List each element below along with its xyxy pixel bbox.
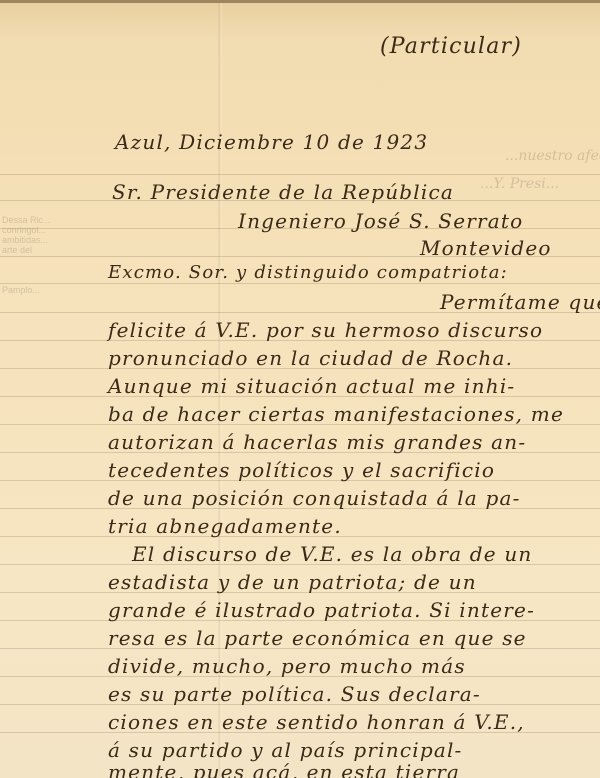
body-line: de una posición conquistada á la pa-	[108, 486, 521, 510]
body-line: tecedentes políticos y el sacrificio	[108, 458, 495, 482]
bleed-through-typed: arte del	[2, 245, 32, 256]
body-line: Aunque mi situación actual me inhi-	[108, 374, 515, 398]
ruled-line	[0, 283, 600, 284]
bleed-through-script: ...nuestro afectuoso	[505, 148, 600, 164]
body-line: á su partido y al país principal-	[108, 738, 463, 762]
paper-top-edge	[0, 0, 600, 3]
body-line: es su parte política. Sus declara-	[108, 682, 481, 706]
ruled-line	[0, 174, 600, 175]
letter-page: ...nuestro afectuoso ...Y. Presi... Dess…	[0, 0, 600, 778]
salutation: Excmo. Sor. y distinguido compatriota:	[108, 262, 508, 283]
body-line: grande é ilustrado patriota. Si intere-	[108, 598, 535, 622]
body-line: tria abnegadamente.	[108, 514, 342, 538]
bleed-through-script: ...Y. Presi...	[480, 176, 559, 192]
body-line: ba de hacer ciertas manifestaciones, me	[108, 402, 564, 426]
recipient-line-3: Montevideo	[420, 236, 552, 260]
body-line: Permítame que	[440, 290, 600, 314]
header-mark: (Particular)	[380, 34, 522, 59]
recipient-line-1: Sr. Presidente de la República	[112, 180, 454, 204]
body-line: pronunciado en la ciudad de Rocha.	[108, 346, 513, 370]
body-line: estadista y de un patriota; de un	[108, 570, 477, 594]
body-line: autorizan á hacerlas mis grandes an-	[108, 430, 526, 454]
body-line: El discurso de V.E. es la obra de un	[132, 542, 533, 566]
bleed-through-typed: Pamplo...	[2, 285, 40, 296]
body-line: resa es la parte económica en que se	[108, 626, 527, 650]
body-line: mente, pues acá, en esta tierra	[108, 760, 460, 778]
date-line: Azul, Diciembre 10 de 1923	[115, 130, 428, 154]
body-line: ciones en este sentido honran á V.E.,	[108, 710, 525, 734]
body-line: felicite á V.E. por su hermoso discurso	[108, 318, 543, 342]
recipient-line-2: Ingeniero José S. Serrato	[238, 209, 523, 233]
body-line: divide, mucho, pero mucho más	[108, 654, 466, 678]
